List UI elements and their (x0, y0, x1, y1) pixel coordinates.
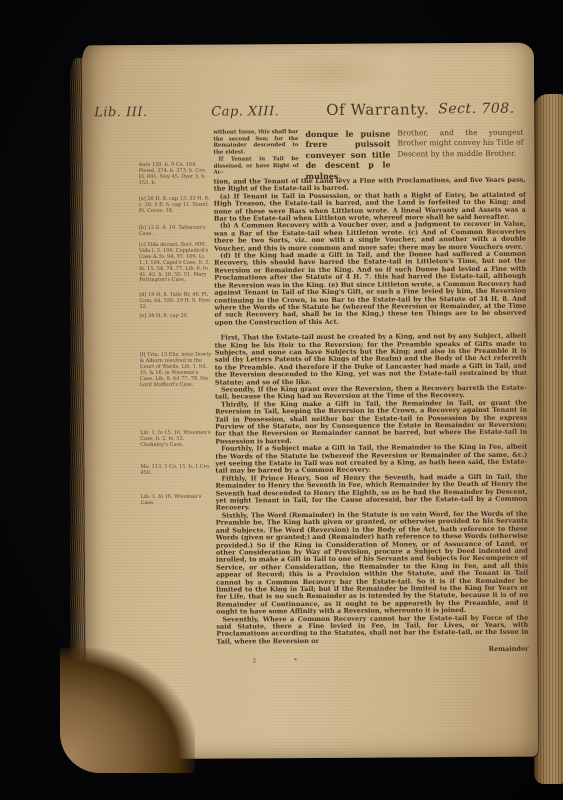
page-title: Of Warranty. (326, 100, 429, 119)
body-paragraph: (d) If the King had made a Gift in Tail,… (214, 251, 526, 327)
margin-note: [f] Trin. 13 Eliz. inter Dowty & Alborn … (140, 353, 212, 389)
margin-note: Lib. 1. fo 16. Wiseman's Case. (141, 495, 213, 507)
margin-note: [c] Vide devant, Sect. 600. Vide l. 3. 1… (139, 243, 211, 285)
page-curl-bottom-left (60, 648, 195, 773)
margin-note: [a] 26 H. 8. cap 13. 33 H. 8. c. 20. 5 E… (139, 197, 211, 215)
signature-mark-right: * (294, 658, 297, 664)
intro-col-english-left: without Issue, this shall bar the second… (213, 129, 298, 182)
margin-note: Lib. 1. fo 15, 16. Wiseman's Case, li. 2… (140, 431, 212, 449)
page-stain (272, 51, 392, 92)
margin-note: Mo. 113. 1 Co. 15. b. 1 Cro. 450. (140, 465, 212, 477)
header-sect: Sect. 708. (438, 101, 515, 117)
intro-left-paragraph: without Issue, this shall bar the second… (213, 129, 298, 156)
body-paragraph: Sixthly, The Word (Remainder) in the Sta… (216, 511, 529, 617)
intro-columns: without Issue, this shall bar the second… (213, 128, 527, 182)
body-paragraph: First, That the Estate-tail must be crea… (215, 333, 527, 387)
intro-col-english-right: Brother, and the youngest Brother might … (397, 128, 523, 181)
margin-note: [e] 34 H. 8. cap 20. (139, 314, 211, 320)
margin-note: Ante 120. b. 9 Co. 104. Plowd. 374. b. 3… (139, 163, 211, 187)
body-paragraph: Thirdly, If the King make a Gift in Tail… (215, 399, 527, 445)
intro-col-law-french: donque le puisne frere puissoit conveyer… (305, 129, 390, 182)
catchword: Remainder (216, 645, 528, 655)
photo-background: Lib. III. Cap. XIII. Of Warranty. Sect. … (0, 0, 563, 800)
body-text: tion, and the Tenant of the Land levy a … (214, 177, 529, 665)
body-paragraph: Fifthly, If Prince Henry, Son of Henry t… (215, 474, 527, 513)
margin-note: [d] 19 H. 8. Taile Br. 40. Pl. Com. fol.… (139, 293, 211, 311)
body-paragraph: (b) A Common Recovery with a Voucher ove… (214, 221, 526, 253)
margin-note: [b] 12 E. 4. 19. Taltarum's Case. (139, 226, 211, 238)
body-paragraph: (a) If Tenant in Tail in Possession, or … (214, 191, 526, 223)
header-cap: Cap. XIII. (211, 104, 279, 119)
intro-left-paragraph: If Tenant in Tail be disseised, or have … (214, 156, 299, 177)
fore-edge-pages (534, 94, 563, 784)
body-paragraph: Seventhly, Where a Common Recovery canno… (216, 614, 528, 646)
header-lib: Lib. III. (94, 105, 148, 120)
body-paragraph: Fourthly, If a Subject make a Gift in Ta… (215, 444, 527, 476)
signature-mark-left: 2 (253, 659, 257, 665)
